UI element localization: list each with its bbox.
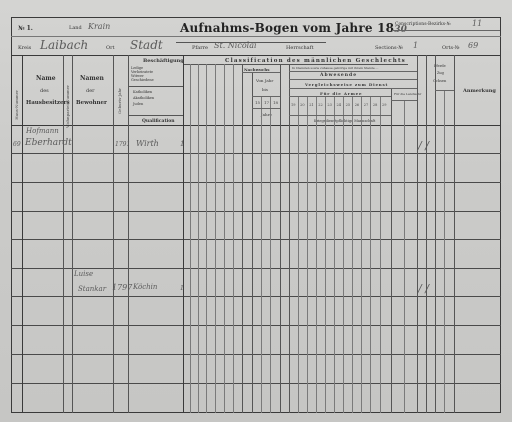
row-line	[11, 153, 501, 154]
col-line	[334, 96, 335, 413]
col-line	[289, 64, 290, 413]
row1-house-number: 69	[13, 141, 21, 148]
col-qualification: Qualification	[142, 119, 175, 124]
col-line	[63, 55, 64, 413]
row5-mark: 1	[180, 285, 184, 292]
row5-resident-line2: Stankar	[78, 285, 106, 293]
row5-birth-year: 1797	[112, 283, 132, 292]
armee-num-cell: 24	[337, 103, 341, 107]
row-line	[11, 296, 501, 297]
armee-num-cell: 20	[300, 103, 304, 107]
col-namen-line2: der	[86, 88, 95, 94]
row5-slash-marks: / /	[418, 282, 429, 295]
age-num-2: 17	[264, 100, 269, 105]
col-line	[307, 96, 308, 413]
col-line	[444, 90, 445, 413]
col-line	[325, 96, 326, 413]
age-divider	[252, 96, 280, 97]
armee-num-cell: 25	[346, 103, 350, 107]
col-bis: bis	[262, 87, 268, 92]
col-line	[298, 96, 299, 413]
row-line	[11, 268, 501, 269]
armee-num-cell: 23	[327, 103, 331, 107]
col-line	[252, 72, 253, 413]
col-wohnpartei: Wohnpartei-Nummer	[65, 85, 70, 128]
row1-occupation: Wirth	[136, 139, 159, 148]
armee-num-cell: 26	[355, 103, 359, 107]
col-geburtsjahr: Geburts-Jahr	[117, 88, 122, 114]
col-line	[242, 64, 243, 413]
row-line	[11, 239, 501, 240]
age-num-3: 18	[273, 100, 278, 105]
landwehr-divider	[391, 100, 417, 101]
armee-nums-divider	[289, 115, 391, 116]
col-line	[391, 88, 392, 413]
col-line	[113, 55, 114, 413]
religion-row-2: Akatholiken	[133, 96, 154, 100]
row-line	[11, 182, 501, 183]
row5-resident-line1: Luise	[74, 270, 93, 278]
vergleich-divider	[289, 88, 417, 89]
row1-mark: 1	[180, 140, 184, 148]
col-von-jahr: Von Jahr	[256, 78, 273, 83]
armee-num-cell: 21	[309, 103, 313, 107]
armee-num-cell: 19	[291, 103, 295, 107]
col-line	[361, 96, 362, 413]
col-line	[343, 96, 344, 413]
col-line	[404, 100, 405, 413]
row-line	[11, 325, 501, 326]
col-line	[316, 96, 317, 413]
classification-divider	[184, 64, 408, 65]
row-line	[11, 383, 501, 384]
col-anmerkung: Anmerkung	[463, 88, 496, 94]
col-namen-line3: Bewohner	[76, 100, 107, 106]
table-top-line	[11, 55, 501, 56]
armee-divider	[289, 96, 391, 97]
col-line	[454, 55, 455, 413]
col-vergleich: Vergleichsweise zum Dienst	[305, 82, 388, 87]
age-num-1: 15	[255, 100, 260, 105]
col-line	[198, 64, 199, 413]
armee-num-cell: 22	[318, 103, 322, 107]
col-line	[280, 64, 281, 413]
col-vieh-2: Zug	[437, 71, 444, 75]
col-name-line1: Name	[36, 75, 56, 82]
armee-num-cell: 28	[373, 103, 377, 107]
indienst-divider	[289, 71, 417, 72]
col-line	[22, 55, 23, 413]
header-divider	[11, 36, 501, 37]
row1-birth-year: 1791	[115, 141, 130, 148]
besch-row-4: Geschiedene	[131, 78, 154, 82]
besch-divider	[128, 86, 184, 87]
col-line	[352, 96, 353, 413]
col-line	[128, 55, 129, 413]
col-kriegsdienst: Kriegsdienstpflichtige Mannschaft	[314, 119, 375, 123]
vieh-divider	[435, 90, 454, 91]
armee-num-cell: 29	[382, 103, 386, 107]
col-in-dienst: In Diensten sowie zuhause gehörige mit i…	[292, 66, 378, 70]
row5-occupation: Köchin	[133, 283, 157, 291]
col-line	[261, 96, 262, 413]
row1-owner-line1: Hofmann	[26, 127, 59, 135]
header-bottom-line	[11, 125, 501, 126]
col-line	[435, 55, 436, 413]
col-abwesend: Abwesende	[320, 73, 357, 78]
col-beschaeftigung: Beschäftigung	[143, 58, 184, 64]
col-line	[233, 64, 234, 413]
col-line	[190, 64, 191, 413]
col-line	[380, 96, 381, 413]
col-line	[426, 55, 427, 413]
row-line	[11, 211, 501, 212]
col-line	[224, 64, 225, 413]
row-line	[11, 354, 501, 355]
col-line	[215, 64, 216, 413]
col-namen-line1: Namen	[80, 75, 104, 82]
col-line	[270, 96, 271, 413]
col-line	[417, 55, 418, 413]
abwesend-divider	[289, 79, 417, 80]
armee-num-cell: 27	[364, 103, 368, 107]
col-line	[206, 64, 207, 413]
col-line	[183, 55, 184, 413]
religion-row-3: Juden	[133, 102, 143, 106]
census-form-sheet: № 1. Land Krain Aufnahms-Bogen vom Jahre…	[0, 0, 512, 422]
religion-row-1: Katholiken	[133, 90, 152, 94]
row1-slash-marks: / /	[418, 139, 429, 152]
religion-divider	[128, 115, 184, 116]
col-line	[72, 55, 73, 413]
col-line	[370, 96, 371, 413]
col-name-line2: des	[40, 88, 49, 94]
jahre-divider	[252, 108, 280, 109]
nachwuchs-divider	[242, 72, 280, 73]
row1-owner-line2: Eberhardt	[25, 138, 72, 148]
col-haus-nummer: Haus-Nummer	[14, 90, 19, 120]
